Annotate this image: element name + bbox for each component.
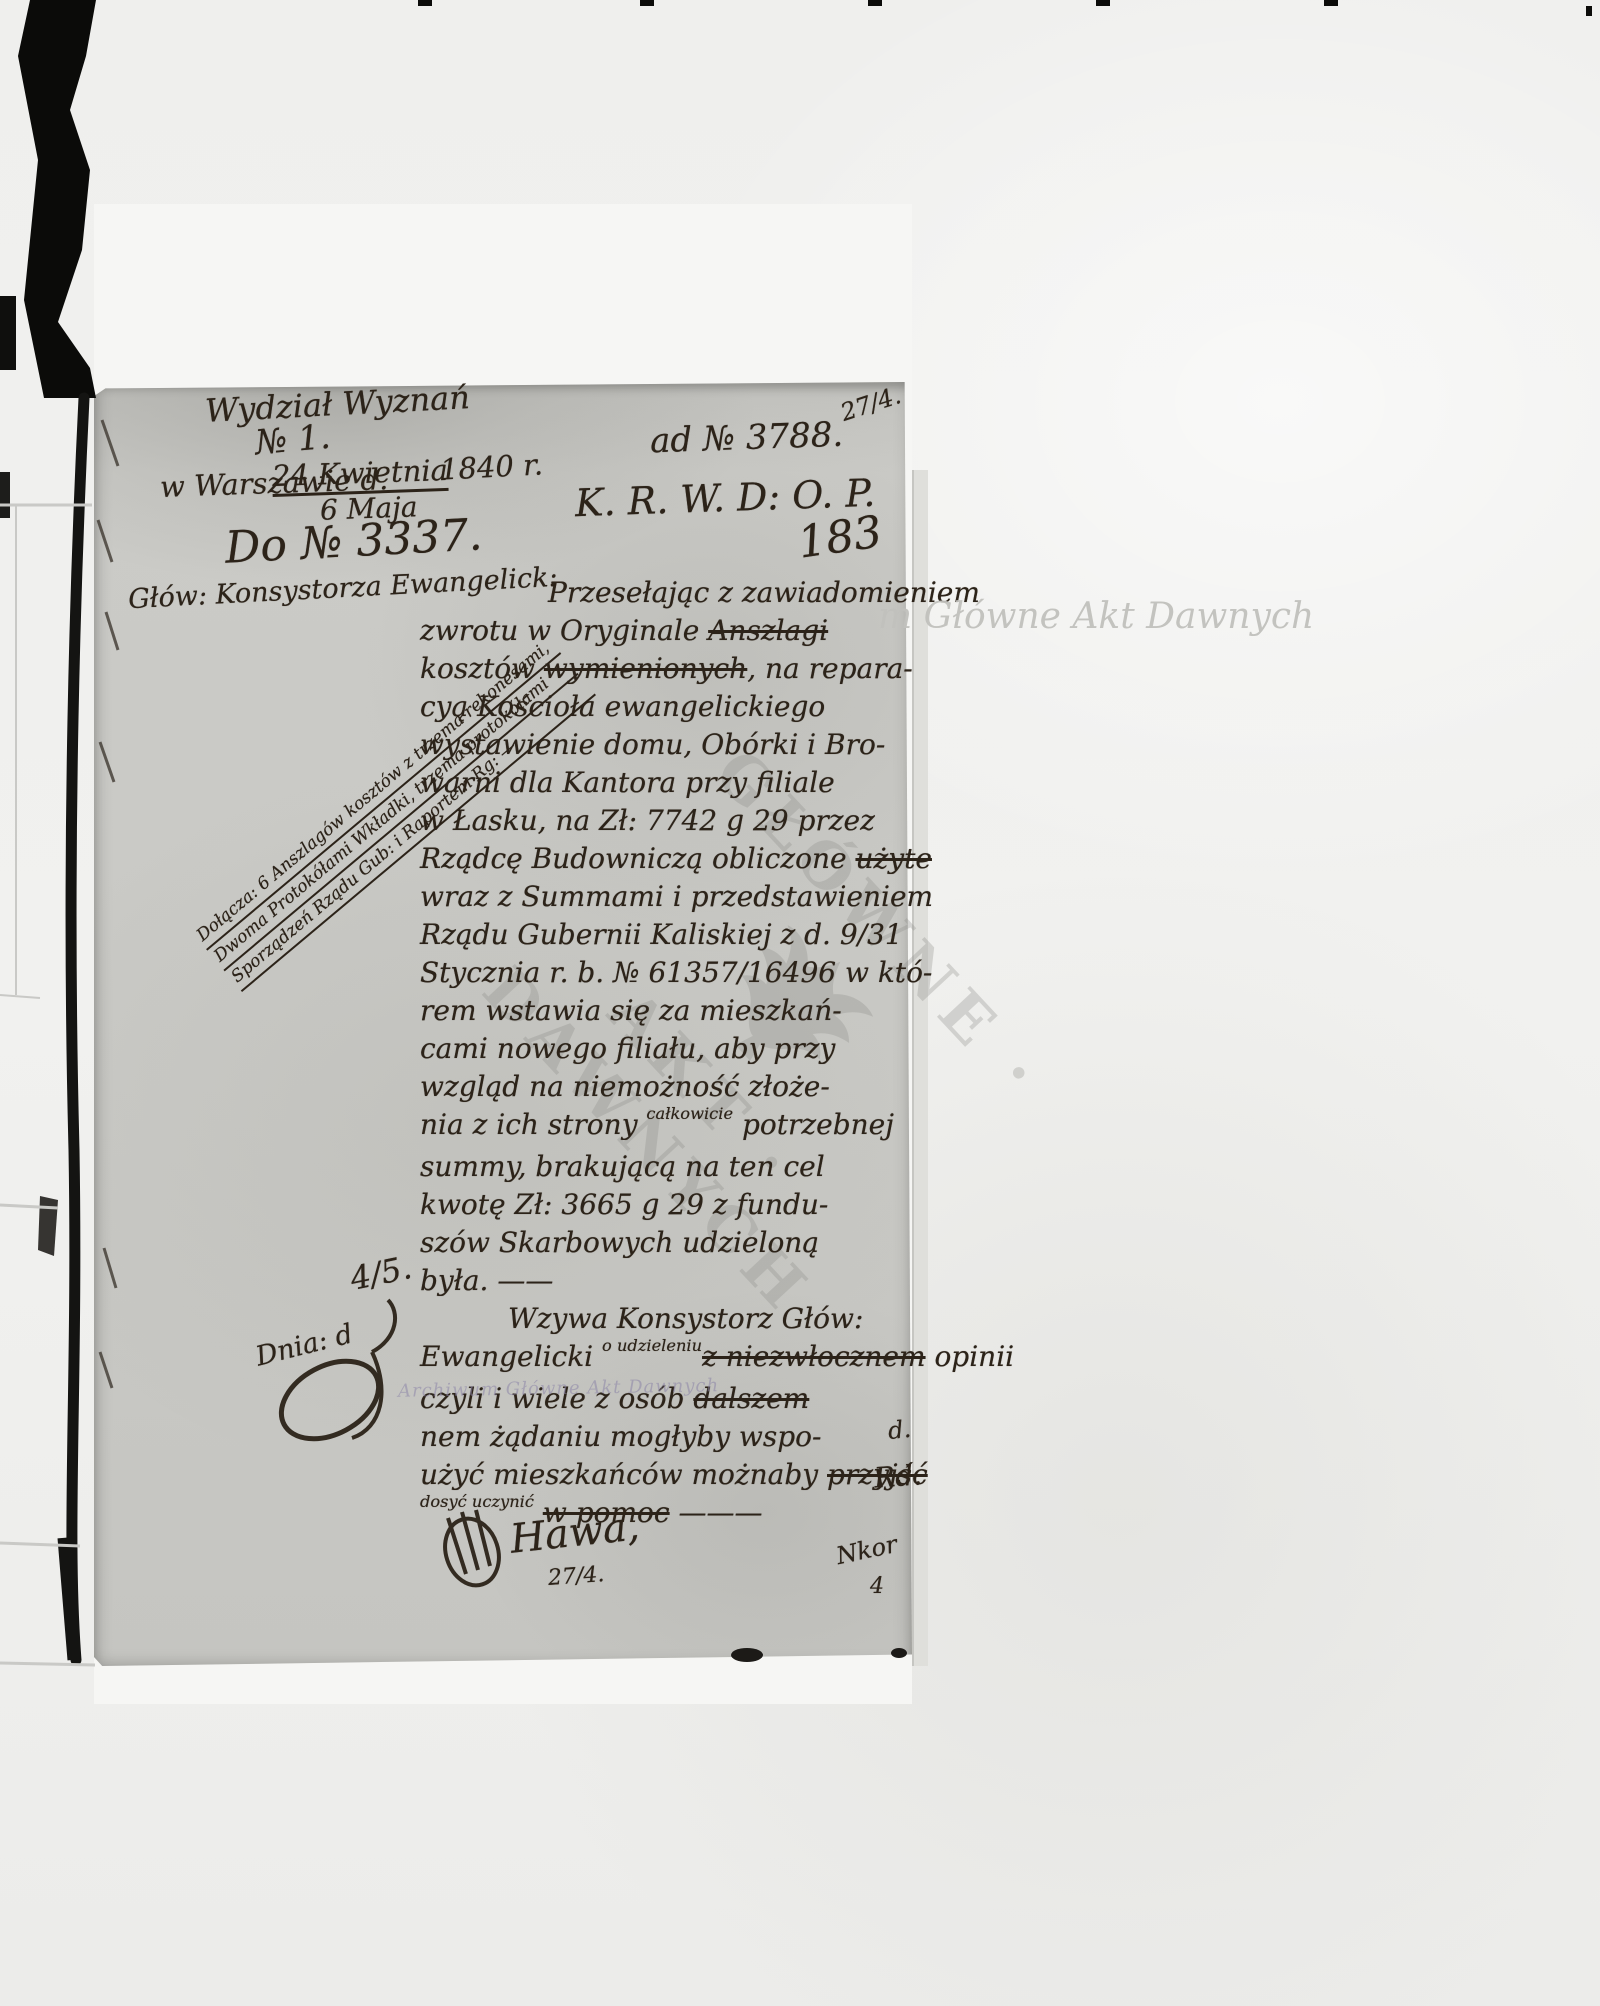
signature-date: 27/4. — [547, 1562, 605, 1591]
handwritten-text: w Łasku, na Zł: 7742 g 29 przez — [420, 804, 875, 837]
handwritten-text: szów Skarbowych udzieloną — [420, 1226, 819, 1259]
handwritten-text: zwrotu w Oryginale — [420, 614, 708, 647]
body-line-13: cami nowego filiału, aby przy — [420, 1030, 912, 1068]
handwritten-text: ——— — [670, 1496, 763, 1529]
body-line-10: Rządu Gubernii Kaliskiej z d. 9/31 — [420, 916, 912, 954]
body-line-6: warni dla Kantora przy filiale — [420, 764, 912, 802]
struck-text: użyte — [855, 842, 931, 875]
handwritten-text: warni dla Kantora przy filiale — [420, 766, 835, 799]
struck-text: wymienionych — [544, 652, 747, 685]
inserted-text: całkowicie — [646, 1095, 733, 1133]
body-line-19: była. —— — [420, 1262, 912, 1300]
handwritten-text: potrzebnej — [733, 1108, 894, 1141]
body-line-9: wraz z Summami i przedstawieniem — [420, 878, 912, 916]
act-number: № 1. — [253, 417, 332, 463]
body-line-4: cyą Kościoła ewangelickiego — [420, 688, 912, 726]
inserted-text: o udzieleniu — [602, 1327, 702, 1365]
body-line-25: dosyć uczynić w pomoc ——— — [420, 1494, 912, 1536]
page-crease-marks — [98, 420, 118, 1388]
body-line-21: Ewangelicki o udzieleniuz niezwłocznem o… — [420, 1338, 912, 1380]
struck-text: z niezwłocznem — [702, 1340, 925, 1373]
handwritten-text: cyą Kościoła ewangelickiego — [420, 690, 825, 723]
body-line-16: summy, brakującą na ten cel — [420, 1148, 912, 1186]
handwritten-text: nem żądaniu mogłyby wspo- — [420, 1420, 822, 1453]
ink-blots — [731, 1648, 907, 1662]
date-year: 1840 r. — [439, 447, 544, 486]
watermark-horizontal: m Główne Akt Dawnych — [878, 596, 1314, 637]
body-line-8: Rządcę Budowniczą obliczone użyte — [420, 840, 912, 878]
struck-text: Anszlagi — [708, 614, 828, 647]
handwritten-text: była. —— — [420, 1264, 553, 1297]
handwritten-text: wystawienie domu, Obórki i Bro- — [420, 728, 885, 761]
handwritten-text: wzgląd na niemożność złoże- — [420, 1070, 830, 1103]
body-line-23: nem żądaniu mogłyby wspo- — [420, 1418, 912, 1456]
body-line-2: zwrotu w Oryginale Anszlagi — [420, 612, 912, 650]
body-line-17: kwotę Zł: 3665 g 29 z fundu- — [420, 1186, 912, 1224]
handwritten-text: summy, brakującą na ten cel — [420, 1150, 825, 1183]
body-line-11: Stycznia r. b. № 61357/16496 w któ- — [420, 954, 912, 992]
sheet-edge-lines — [0, 505, 95, 1665]
handwritten-text: kwotę Zł: 3665 g 29 z fundu- — [420, 1188, 828, 1221]
margin-note-d: d. — [887, 1415, 913, 1445]
handwritten-text: wraz z Summami i przedstawieniem — [420, 880, 933, 913]
body-line-12: rem wstawia się za mieszkań- — [420, 992, 912, 1030]
handwritten-text: cami nowego filiału, aby przy — [420, 1032, 835, 1065]
handwritten-text: Ewangelicki — [420, 1340, 602, 1373]
handwritten-text: , na repara- — [747, 652, 913, 685]
book-gutter-line — [71, 398, 84, 1660]
body-line-3: kosztów wymienionych, na repara- — [420, 650, 912, 688]
margin-note-rd: Rd. — [873, 1458, 923, 1494]
body-line-18: szów Skarbowych udzieloną — [420, 1224, 912, 1262]
handwritten-text: Rządcę Budowniczą obliczone — [420, 842, 855, 875]
film-tick-marks — [418, 0, 1592, 16]
black-binding-blob — [18, 0, 96, 398]
ad-number: ad № 3788. — [649, 415, 843, 462]
date-april: 24 Kwietnia — [271, 453, 448, 497]
handwritten-text: Stycznia r. b. № 61357/16496 w któ- — [420, 956, 932, 989]
handwritten-text: opinii — [926, 1340, 1015, 1373]
handwritten-text: Rządu Gubernii Kaliskiej z d. 9/31 — [420, 918, 903, 951]
handwritten-text: nia z ich strony — [420, 1108, 646, 1141]
handwritten-text: rem wstawia się za mieszkań- — [420, 994, 842, 1027]
body-line-5: wystawienie domu, Obórki i Bro- — [420, 726, 912, 764]
margin-note-4: 4 — [870, 1574, 884, 1599]
handwritten-text: kosztów — [420, 652, 544, 685]
body-line-7: w Łasku, na Zł: 7742 g 29 przez — [420, 802, 912, 840]
body-line-15: nia z ich strony całkowicie potrzebnej — [420, 1106, 912, 1148]
